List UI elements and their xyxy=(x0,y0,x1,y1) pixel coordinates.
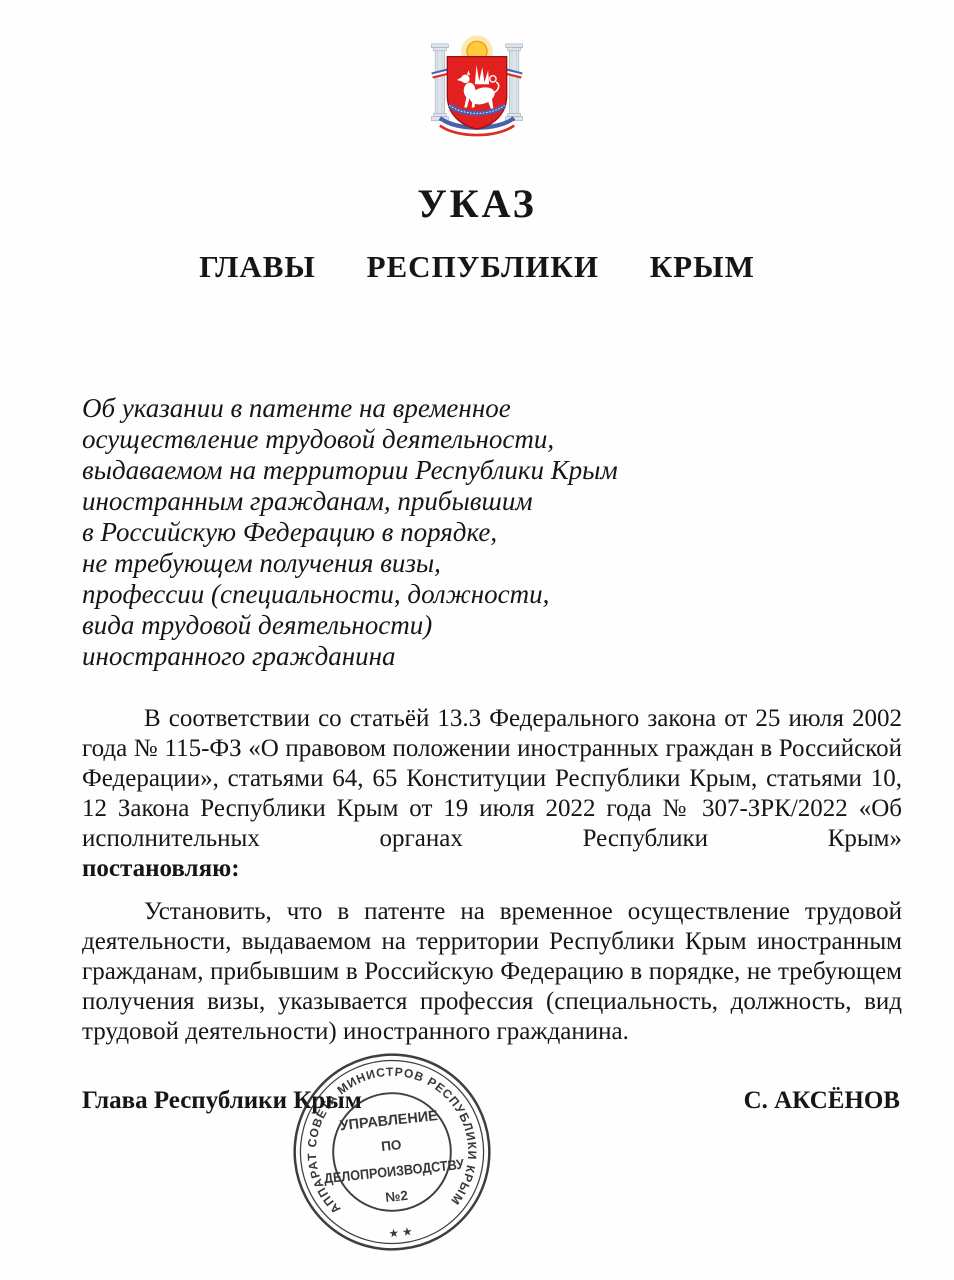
subject-line: в Российскую Федерацию в порядке, xyxy=(82,517,622,548)
preamble-text: В соответствии со статьёй 13.3 Федеральн… xyxy=(82,705,902,852)
resolution-text: Установить, что в патенте на временное о… xyxy=(82,898,902,1045)
subject-line: профессии (специальности, должности, xyxy=(82,579,622,610)
left-column xyxy=(431,44,448,121)
stamp-center-line: ПО xyxy=(381,1137,403,1154)
office-round-stamp: АППАРАТ СОВЕТА МИНИСТРОВ РЕСПУБЛИКИ КРЫМ… xyxy=(276,1036,509,1269)
signatory-name: С. АКСЁНОВ xyxy=(744,1087,900,1115)
subject-line: иностранным гражданам, прибывшим xyxy=(82,486,622,517)
preamble-text-flow: В соответствии со статьёй 13.3 Федеральн… xyxy=(82,704,902,854)
stamp-center-line: УПРАВЛЕНИЕ xyxy=(339,1108,439,1134)
decree-word: постановляю: xyxy=(82,854,902,884)
subject-line: вида трудовой деятельности) xyxy=(82,610,622,641)
preamble-paragraph: В соответствии со статьёй 13.3 Федеральн… xyxy=(82,704,902,884)
subject-line: иностранного гражданина xyxy=(82,641,622,672)
resolution-paragraph: Установить, что в патенте на временное о… xyxy=(82,897,902,1047)
document-subtitle: ГЛАВЫ РЕСПУБЛИКИ КРЫМ xyxy=(0,249,954,285)
right-column xyxy=(506,44,523,121)
stamp-stars: ★ ★ xyxy=(388,1226,413,1240)
document-title: УКАЗ xyxy=(0,180,954,227)
subject-line: не требующем получения визы, xyxy=(82,548,622,579)
decree-subject: Об указании в патенте на временное осуще… xyxy=(82,393,622,672)
emblem-container xyxy=(0,0,954,156)
decree-document-page: УКАЗ ГЛАВЫ РЕСПУБЛИКИ КРЫМ Об указании в… xyxy=(0,0,954,1280)
subject-line: осуществление трудовой деятельности, xyxy=(82,424,622,455)
subject-line: выдаваемом на территории Республики Крым xyxy=(82,455,622,486)
stamp-center-line: №2 xyxy=(385,1188,409,1205)
subject-line: Об указании в патенте на временное xyxy=(82,393,622,424)
crimea-coat-of-arms-icon xyxy=(424,28,530,151)
